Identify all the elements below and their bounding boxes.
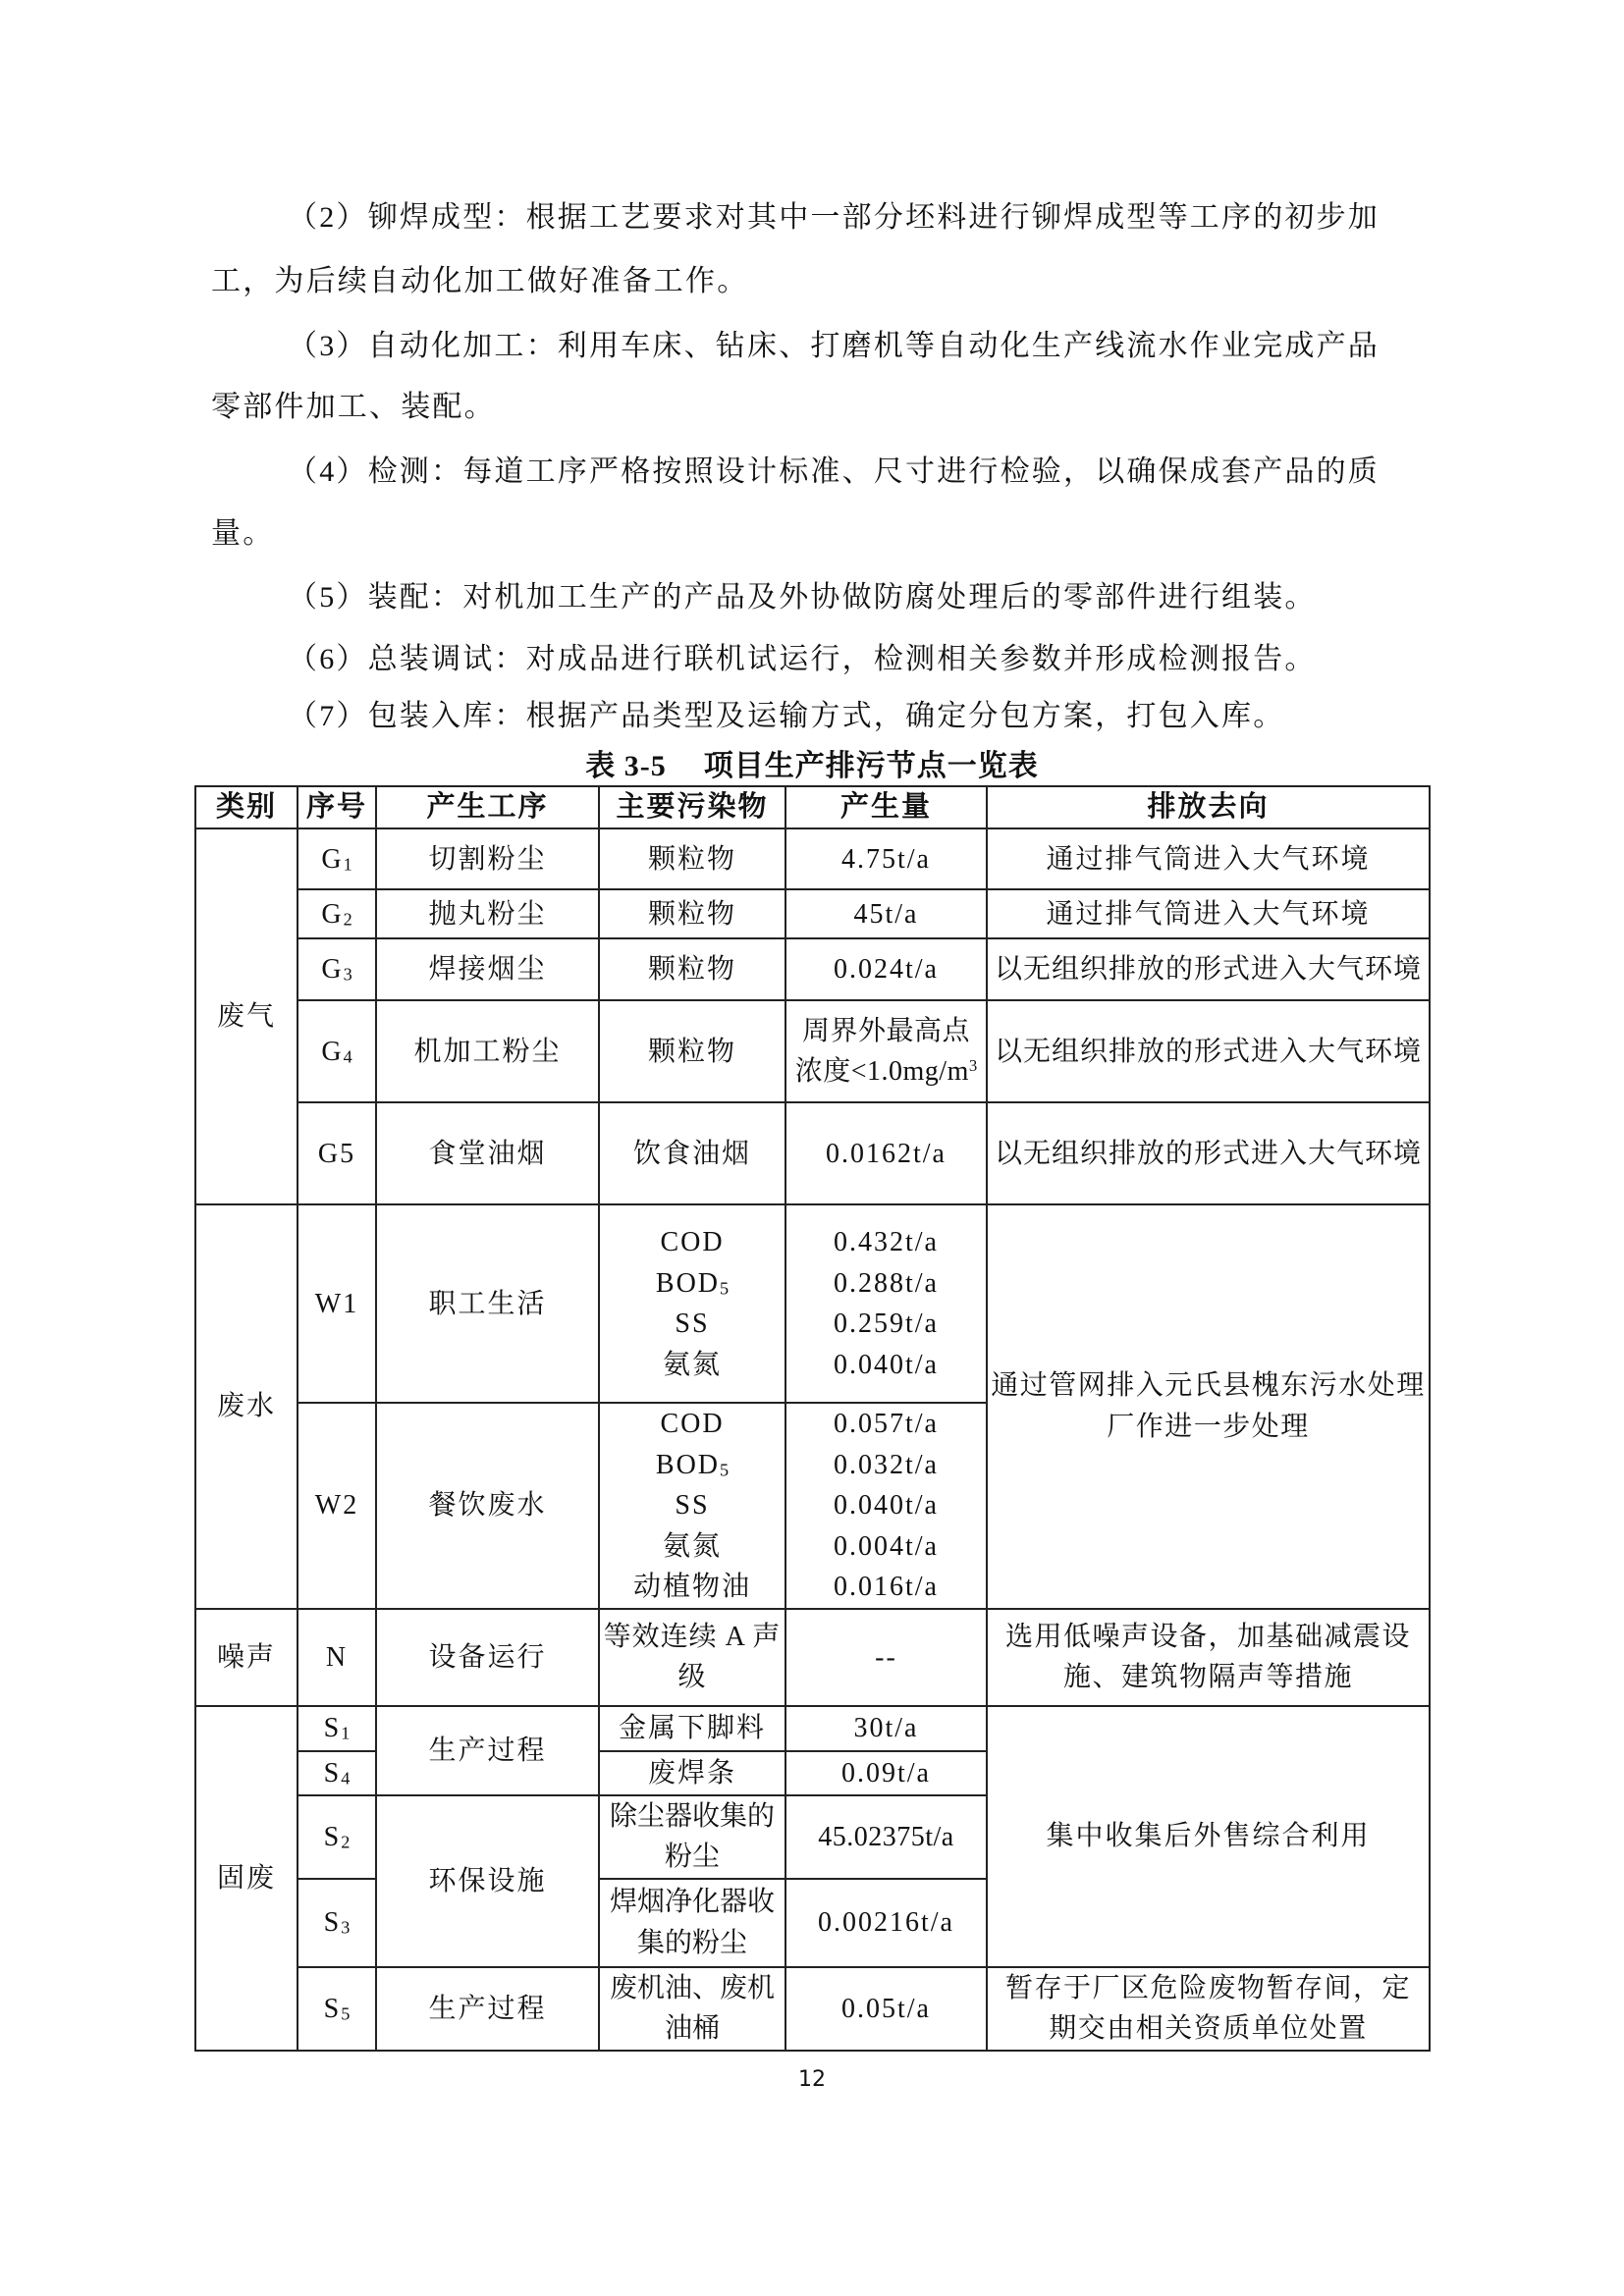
row-amount: 30t/a: [785, 1706, 987, 1751]
paragraph-step-2-line-2: 工，为后续自动化加工做好准备工作。: [211, 260, 1429, 303]
row-pollutants: COD BOD5 SS 氨氮 动植物油: [599, 1403, 785, 1609]
paragraph-step-6: （6）总装调试：对成品进行联机试运行，检测相关参数并形成检测报告。: [288, 638, 1429, 681]
row-amount: 周界外最高点 浓度<1.0mg/m3: [785, 1000, 987, 1102]
table-caption-title: 项目生产排污节点一览表: [704, 750, 1039, 782]
row-pollutant: 颗粒物: [599, 828, 785, 889]
table-row: S5 生产过程 废机油、废机 油桶 0.05t/a 暂存于厂区危险废物暂存间，定…: [195, 1967, 1430, 2051]
row-process: 切割粉尘: [376, 828, 599, 889]
table-row: G2 抛丸粉尘 颗粒物 45t/a 通过排气筒进入大气环境: [195, 889, 1430, 938]
row-amount: 0.00216t/a: [785, 1879, 987, 1967]
paragraph-step-3-line-2: 零部件加工、装配。: [211, 386, 1429, 429]
row-pollutants: COD BOD5 SS 氨氮: [599, 1204, 785, 1403]
row-destination: 以无组织排放的形式进入大气环境: [987, 1000, 1430, 1102]
table-row: G5 食堂油烟 饮食油烟 0.0162t/a 以无组织排放的形式进入大气环境: [195, 1102, 1430, 1204]
row-id: S1: [298, 1706, 376, 1751]
row-id: N: [298, 1609, 376, 1706]
row-id: S4: [298, 1751, 376, 1795]
row-id: S3: [298, 1879, 376, 1967]
row-pollutant: 废焊条: [599, 1751, 785, 1795]
row-id: G3: [298, 938, 376, 1000]
row-destination: 通过排气筒进入大气环境: [987, 889, 1430, 938]
pollution-nodes-table: 类别 序号 产生工序 主要污染物 产生量 排放去向 废气 G1 切割粉尘 颗粒物…: [194, 785, 1431, 2052]
table-row: G4 机加工粉尘 颗粒物 周界外最高点 浓度<1.0mg/m3 以无组织排放的形…: [195, 1000, 1430, 1102]
row-process: 餐饮废水: [376, 1403, 599, 1609]
header-destination: 排放去向: [987, 786, 1430, 828]
table-row: 固废 S1 生产过程 金属下脚料 30t/a 集中收集后外售综合利用: [195, 1706, 1430, 1751]
row-amount: 45.02375t/a: [785, 1795, 987, 1879]
row-process: 抛丸粉尘: [376, 889, 599, 938]
row-amount: 45t/a: [785, 889, 987, 938]
row-destination: 集中收集后外售综合利用: [987, 1706, 1430, 1967]
category-waste-water: 废水: [195, 1204, 298, 1609]
row-destination: 选用低噪声设备，加基础减震设 施、建筑物隔声等措施: [987, 1609, 1430, 1706]
row-pollutant: 饮食油烟: [599, 1102, 785, 1204]
table-caption: 表 3-5项目生产排污节点一览表: [0, 746, 1624, 787]
row-destination: 通过管网排入元氏县槐东污水处理 厂作进一步处理: [987, 1204, 1430, 1609]
row-id: W2: [298, 1403, 376, 1609]
header-pollutant: 主要污染物: [599, 786, 785, 828]
row-destination: 以无组织排放的形式进入大气环境: [987, 938, 1430, 1000]
page-number: 12: [0, 2067, 1624, 2092]
paragraph-step-4-line-1: （4）检测：每道工序严格按照设计标准、尺寸进行检验，以确保成套产品的质: [288, 451, 1429, 494]
row-process: 食堂油烟: [376, 1102, 599, 1204]
row-pollutant: 除尘器收集的 粉尘: [599, 1795, 785, 1879]
row-amount: 0.024t/a: [785, 938, 987, 1000]
row-id: G4: [298, 1000, 376, 1102]
row-pollutant: 颗粒物: [599, 889, 785, 938]
row-id: G1: [298, 828, 376, 889]
row-amounts: 0.432t/a 0.288t/a 0.259t/a 0.040t/a: [785, 1204, 987, 1403]
header-category: 类别: [195, 786, 298, 828]
row-pollutant: 颗粒物: [599, 938, 785, 1000]
row-amounts: 0.057t/a 0.032t/a 0.040t/a 0.004t/a 0.01…: [785, 1403, 987, 1609]
paragraph-step-3-line-1: （3）自动化加工：利用车床、钻床、打磨机等自动化生产线流水作业完成产品: [288, 325, 1429, 368]
row-amount: 4.75t/a: [785, 828, 987, 889]
paragraph-step-5: （5）装配：对机加工生产的产品及外协做防腐处理后的零部件进行组装。: [288, 576, 1429, 619]
row-id: G5: [298, 1102, 376, 1204]
paragraph-step-2-line-1: （2）铆焊成型：根据工艺要求对其中一部分坯料进行铆焊成型等工序的初步加: [288, 196, 1429, 240]
category-waste-gas: 废气: [195, 828, 298, 1204]
row-process: 机加工粉尘: [376, 1000, 599, 1102]
table-header-row: 类别 序号 产生工序 主要污染物 产生量 排放去向: [195, 786, 1430, 828]
paragraph-step-4-line-2: 量。: [211, 512, 1429, 556]
header-id: 序号: [298, 786, 376, 828]
row-pollutant: 废机油、废机 油桶: [599, 1967, 785, 2051]
row-amount: --: [785, 1609, 987, 1706]
row-amount: 0.0162t/a: [785, 1102, 987, 1204]
row-process: 生产过程: [376, 1967, 599, 2051]
row-destination: 通过排气筒进入大气环境: [987, 828, 1430, 889]
row-destination: 暂存于厂区危险废物暂存间，定 期交由相关资质单位处置: [987, 1967, 1430, 2051]
header-process: 产生工序: [376, 786, 599, 828]
row-id: G2: [298, 889, 376, 938]
row-amount: 0.05t/a: [785, 1967, 987, 2051]
row-id: S5: [298, 1967, 376, 2051]
table-row: G3 焊接烟尘 颗粒物 0.024t/a 以无组织排放的形式进入大气环境: [195, 938, 1430, 1000]
row-destination: 以无组织排放的形式进入大气环境: [987, 1102, 1430, 1204]
table-row: 废气 G1 切割粉尘 颗粒物 4.75t/a 通过排气筒进入大气环境: [195, 828, 1430, 889]
row-pollutant: 金属下脚料: [599, 1706, 785, 1751]
row-process: 焊接烟尘: [376, 938, 599, 1000]
row-pollutant: 颗粒物: [599, 1000, 785, 1102]
row-pollutant: 等效连续 A 声 级: [599, 1609, 785, 1706]
header-amount: 产生量: [785, 786, 987, 828]
row-amount: 0.09t/a: [785, 1751, 987, 1795]
row-id: W1: [298, 1204, 376, 1403]
paragraph-step-7: （7）包装入库：根据产品类型及运输方式，确定分包方案，打包入库。: [288, 695, 1429, 738]
row-process: 职工生活: [376, 1204, 599, 1403]
row-process: 设备运行: [376, 1609, 599, 1706]
row-id: S2: [298, 1795, 376, 1879]
row-process: 环保设施: [376, 1795, 599, 1967]
table-row: 废水 W1 职工生活 COD BOD5 SS 氨氮 0.432t/a 0.288…: [195, 1204, 1430, 1403]
category-noise: 噪声: [195, 1609, 298, 1706]
row-process: 生产过程: [376, 1706, 599, 1795]
category-solid-waste: 固废: [195, 1706, 298, 2051]
table-row: 噪声 N 设备运行 等效连续 A 声 级 -- 选用低噪声设备，加基础减震设 施…: [195, 1609, 1430, 1706]
table-caption-number: 表 3-5: [585, 750, 667, 782]
row-pollutant: 焊烟净化器收 集的粉尘: [599, 1879, 785, 1967]
